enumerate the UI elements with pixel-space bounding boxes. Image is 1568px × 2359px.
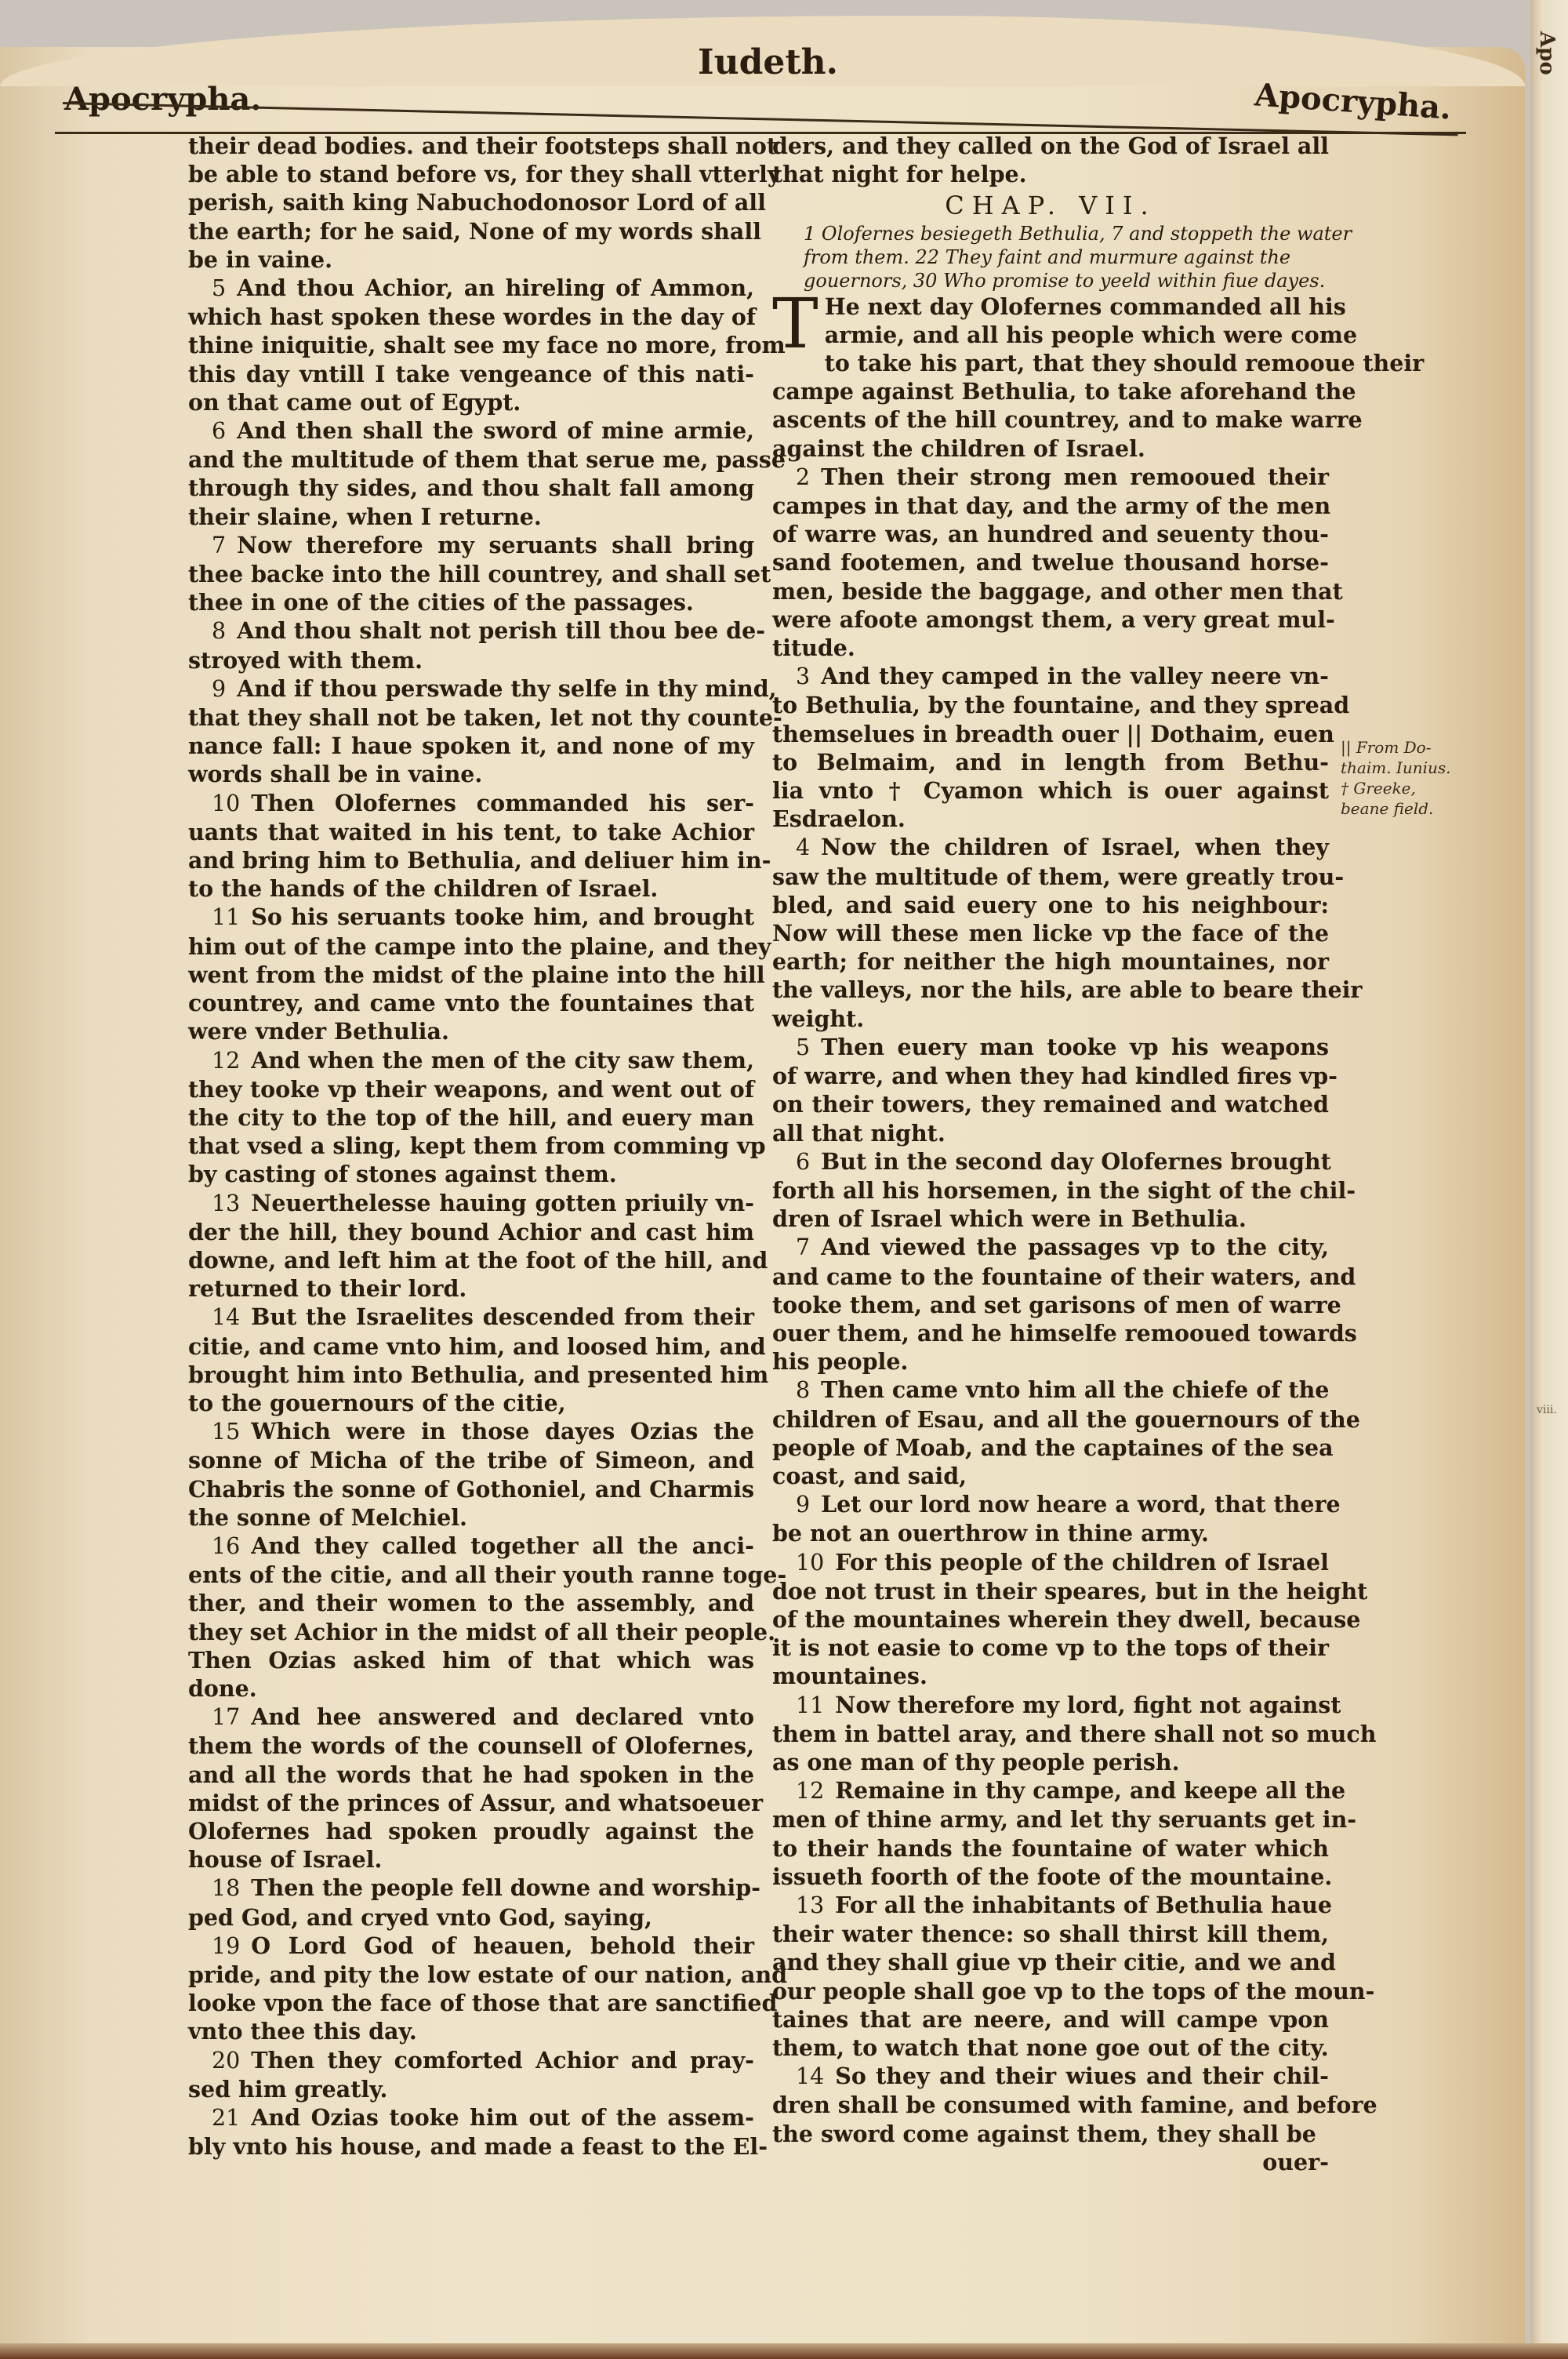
text-line: countrey, and came vnto the fountaines t… [188,989,754,1017]
page-bottom-edge [0,2343,1568,2359]
text-line: and bring him to Bethulia, and deliuer h… [188,846,754,874]
line-text: ped God, and cryed vnto God, saying, [188,1904,652,1931]
text-line: on their towers, they remained and watch… [772,1090,1329,1118]
text-line: 17And hee answered and declared vnto [188,1703,754,1732]
line-text: their slaine, when I returne. [188,503,542,530]
text-line: 13Neuerthelesse hauing gotten priuily vn… [188,1189,754,1218]
line-text: the city to the top of the hill, and eue… [188,1104,754,1131]
text-line: on that came out of Egypt. [188,388,754,416]
verse-number: 21 [188,2105,240,2131]
text-line: midst of the princes of Assur, and whats… [188,1789,754,1817]
line-text: that vsed a sling, kept them from commin… [188,1132,766,1159]
verse-number: 11 [188,904,240,930]
text-line: armie, and all his people which were com… [772,321,1329,349]
text-line: words shall be in vaine. [188,760,754,788]
line-text: lia vnto † Cyamon which is ouer against [772,777,1329,804]
line-text: which hast spoken these wordes in the da… [188,304,756,330]
line-text: He next day Olofernes commanded all his [825,293,1346,320]
text-line: thine iniquitie, shalt see my face no mo… [188,331,754,359]
line-text: And when the men of the city saw them, [251,1047,754,1074]
verse: 18Then the people fell downe and worship… [188,1874,754,1931]
verse: 6But in the second day Olofernes brought… [772,1147,1329,1234]
text-line: the valleys, nor the hils, are able to b… [772,976,1329,1004]
line-text: thee in one of the cities of the passage… [188,589,694,616]
line-text: Then euery man tooke vp his weapons [821,1034,1329,1060]
text-line: ther, and their women to the assembly, a… [188,1589,754,1617]
line-text: For this people of the children of Israe… [835,1549,1329,1576]
text-line: sed him greatly. [188,2075,754,2103]
verse-number: 6 [188,418,226,444]
verse: 17And hee answered and declared vntothem… [188,1703,754,1874]
text-line: themselues in breadth ouer || Dothaim, e… [772,720,1329,748]
margin-notes: || From Do-thaim. Iunius.† Greeke,beane … [1341,737,1443,819]
text-line: which hast spoken these wordes in the da… [188,303,754,331]
text-line: Now will these men licke vp the face of … [772,919,1329,947]
text-line: and came to the fountaine of their water… [772,1263,1329,1291]
verse: 15Which were in those dayes Ozias theson… [188,1417,754,1532]
verse-number: 7 [772,1234,810,1260]
text-line: nance fall: I haue spoken it, and none o… [188,732,754,760]
text-line: of warre was, an hundred and seuenty tho… [772,520,1329,548]
text-line: saw the multitude of them, were greatly … [772,863,1329,891]
line-text: the sonne of Melchiel. [188,1504,467,1531]
chapter-summary: 1 Olofernes besiegeth Bethulia, 7 and st… [772,222,1329,293]
text-line: Esdraelon. [772,805,1329,833]
line-text: to Belmaim, and in length from Bethu- [772,749,1329,776]
verse: 8Then came vnto him all the chiefe of th… [772,1376,1329,1490]
verse-number: 13 [772,1892,824,1918]
line-text: ouer them, and he himselfe remooued towa… [772,1320,1357,1347]
line-text: armie, and all his people which were com… [825,322,1357,348]
line-text: by casting of stones against them. [188,1161,617,1187]
line-text: people of Moab, and the captaines of the… [772,1434,1334,1461]
line-text: And if thou perswade thy selfe in thy mi… [237,675,776,702]
line-text: them the words of the counsell of Olofer… [188,1732,754,1759]
line-text: all that night. [772,1120,946,1147]
text-line: 15Which were in those dayes Ozias the [188,1417,754,1446]
text-line: der the hill, they bound Achior and cast… [188,1218,754,1246]
running-head: Apocrypha. Iudeth. Apocrypha. [0,38,1525,124]
line-text: And thou Achior, an hireling of Ammon, [237,274,754,301]
text-line: Then Ozias asked him of that which was [188,1646,754,1674]
text-line: his people. [772,1347,1329,1376]
verse: 11Now therefore my lord, fight not again… [772,1691,1329,1777]
text-line: 21And Ozias tooke him out of the assem- [188,2103,754,2132]
line-text: words shall be in vaine. [188,761,482,787]
line-text: and all the words that he had spoken in … [188,1761,754,1788]
text-line: 7Now therefore my seruants shall bring [188,531,754,560]
text-line: 5And thou Achior, an hireling of Ammon, [188,274,754,303]
text-line: the city to the top of the hill, and eue… [188,1103,754,1132]
text-line: ders, and they called on the God of Isra… [772,132,1329,160]
text-line: coast, and said, [772,1462,1329,1490]
line-text: For all the inhabitants of Bethulia haue [835,1892,1332,1918]
text-line: be not an ouerthrow in thine army. [772,1519,1329,1547]
line-text: Olofernes had spoken proudly against the [188,1818,754,1845]
text-line: the sword come against them, they shall … [772,2120,1329,2148]
line-text: issueth foorth of the foote of the mount… [772,1863,1332,1890]
line-text: perish, saith king Nabuchodonosor Lord o… [188,189,766,216]
line-text: Now therefore my lord, fight not against [835,1692,1341,1718]
line-text: earth; for neither the high mountaines, … [772,948,1329,975]
line-text: and they shall giue vp their citie, and … [772,1949,1336,1976]
text-line: against the children of Israel. [772,434,1329,463]
text-line: men of thine army, and let thy seruants … [772,1805,1329,1834]
text-line: 9Let our lord now heare a word, that the… [772,1490,1329,1519]
text-line: taines that are neere, and will campe vp… [772,2005,1329,2034]
verse: 12And when the men of the city saw them,… [188,1046,754,1189]
line-text: Then their strong men remooued their [821,463,1329,490]
line-text: coast, and said, [772,1463,967,1489]
line-text: Remaine in thy campe, and keepe all the [835,1777,1345,1804]
line-text: against the children of Israel. [772,435,1145,462]
line-text: And they camped in the valley neere vn- [821,663,1329,689]
line-text: dren of Israel which were in Bethulia. [772,1205,1247,1232]
line-text: to the gouernours of the citie, [188,1390,566,1416]
line-text: And hee answered and declared vnto [251,1703,754,1730]
line-text: Now the children of Israel, when they [821,834,1329,860]
text-line: done. [188,1674,754,1703]
text-line: him out of the campe into the plaine, an… [188,932,754,961]
line-text: of the mountaines wherein they dwell, be… [772,1606,1360,1633]
text-line: and all the words that he had spoken in … [188,1761,754,1789]
text-line: dren shall be consumed with famine, and … [772,2091,1329,2119]
line-text: ther, and their women to the assembly, a… [188,1590,754,1616]
line-text: were vnder Bethulia. [188,1018,449,1045]
line-text: on their towers, they remained and watch… [772,1091,1329,1118]
line-text: were afoote amongst them, a very great m… [772,606,1335,633]
verse-number: 20 [188,2048,240,2074]
verse-number: 19 [188,1933,240,1959]
verse-number: 16 [188,1533,240,1559]
line-text: campe against Bethulia, to take aforehan… [772,378,1356,405]
verse-number: 15 [188,1419,240,1445]
text-line: that they shall not be taken, let not th… [188,703,754,732]
text-line: uants that waited in his tent, to take A… [188,818,754,846]
verse: 5And thou Achior, an hireling of Ammon,w… [188,274,754,416]
line-text: their dead bodies. and their footsteps s… [188,133,777,159]
line-text: went from the midst of the plaine into t… [188,961,765,988]
verse-number: 6 [772,1149,810,1175]
text-line: 14So they and their wiues and their chil… [772,2062,1329,2091]
text-line: the earth; for he said, None of my words… [188,217,754,245]
line-text: Then Ozias asked him of that which was [188,1647,754,1674]
line-text: looke vpon the face of those that are sa… [188,1990,777,2016]
verse-number: 4 [772,834,810,860]
edge-mark: viii. [1537,1404,1557,1416]
verse-number: 5 [772,1034,810,1060]
verse: 21And Ozias tooke him out of the assem-b… [188,2103,754,2161]
text-line: were afoote amongst them, a very great m… [772,605,1329,634]
verse-number: 10 [772,1550,824,1576]
text-line: by casting of stones against them. [188,1160,754,1188]
line-text: But the Israelites descended from their [251,1303,754,1330]
line-text: of warre, and when they had kindled fire… [772,1063,1338,1089]
text-line: forth all his horsemen, in the sight of … [772,1176,1329,1205]
line-text: the sword come against them, they shall … [772,2121,1316,2147]
verse-number: 9 [188,676,226,702]
line-text: saw the multitude of them, were greatly … [772,863,1344,890]
text-line: 3And they camped in the valley neere vn- [772,662,1329,691]
text-line: be in vaine. [188,245,754,274]
line-text: be in vaine. [188,246,332,273]
text-line: ped God, and cryed vnto God, saying, [188,1903,754,1932]
text-line: that vsed a sling, kept them from commin… [188,1132,754,1160]
line-text: Which were in those dayes Ozias the [251,1418,754,1445]
line-text: Then Olofernes commanded his ser- [251,790,754,816]
text-line: they tooke vp their weapons, and went ou… [188,1075,754,1103]
verse-number: 14 [188,1304,240,1330]
line-text: house of Israel. [188,1846,382,1873]
line-text: forth all his horsemen, in the sight of … [772,1177,1356,1204]
margin-note: beane field. [1341,798,1443,819]
margin-note: || From Do- [1341,737,1443,758]
line-text: titude. [772,634,855,661]
line-text: thee backe into the hill countrey, and s… [188,561,771,587]
line-text: our people shall goe vp to the tops of t… [772,1978,1374,2005]
text-line: 11Now therefore my lord, fight not again… [772,1691,1329,1720]
line-text: thine iniquitie, shalt see my face no mo… [188,332,786,358]
summary-line: gouernors, 30 Who promise to yeeld withi… [804,269,1329,293]
text-line: of the mountaines wherein they dwell, be… [772,1605,1329,1634]
line-text: and the multitude of them that serue me,… [188,446,786,473]
line-text: nance fall: I haue spoken it, and none o… [188,732,754,759]
line-text: stroyed with them. [188,647,423,674]
line-text: done. [188,1675,257,1702]
verse: 16And they called together all the anci-… [188,1532,754,1703]
text-line: pride, and pity the low estate of our na… [188,1961,754,1989]
line-text: uants that waited in his tent, to take A… [188,819,754,845]
verse-number: 11 [772,1692,824,1718]
text-line: stroyed with them. [188,646,754,674]
text-line: 10Then Olofernes commanded his ser- [188,789,754,818]
line-text: Then came vnto him all the chiefe of the [821,1376,1329,1403]
text-line: 10For this people of the children of Isr… [772,1548,1329,1577]
next-page-edge: Apo [1530,0,1568,2359]
line-text: citie, and came vnto him, and loosed him… [188,1333,766,1360]
verse-number: 10 [188,791,240,816]
line-text: and bring him to Bethulia, and deliuer h… [188,847,771,874]
line-text: So his seruants tooke him, and brought [251,903,754,930]
catchword: ouer- [772,2148,1329,2176]
text-line: 16And they called together all the anci- [188,1532,754,1561]
text-line: returned to their lord. [188,1274,754,1303]
verse-number: 3 [772,663,810,689]
text-line: ouer them, and he himselfe remooued towa… [772,1319,1329,1347]
line-text: Esdraelon. [772,805,906,832]
line-text: ascents of the hill countrey, and to mak… [772,406,1363,433]
verse: 20Then they comforted Achior and pray-se… [188,2046,754,2103]
verse-number: 8 [188,618,226,644]
line-text: And thou shalt not perish till thou bee … [237,617,765,644]
line-text: him out of the campe into the plaine, an… [188,933,771,960]
text-line: 20Then they comforted Achior and pray- [188,2046,754,2075]
line-text: children of Esau, and all the gouernours… [772,1406,1360,1433]
text-line: downe, and left him at the foot of the h… [188,1246,754,1274]
line-text: themselues in breadth ouer || Dothaim, e… [772,721,1334,747]
line-text: men, beside the baggage, and other men t… [772,578,1343,605]
line-text: them in battel aray, and there shall not… [772,1721,1376,1747]
text-line: our people shall goe vp to the tops of t… [772,1977,1329,2005]
text-line: titude. [772,634,1329,662]
text-line: 4Now the children of Israel, when they [772,833,1329,862]
text-line: and they shall giue vp their citie, and … [772,1948,1329,1976]
verse-number: 7 [188,533,226,558]
text-line: their slaine, when I returne. [188,503,754,531]
line-text: Then they comforted Achior and pray- [251,2047,754,2074]
verse: 19O Lord God of heauen, behold theirprid… [188,1932,754,2046]
text-line: sonne of Micha of the tribe of Simeon, a… [188,1446,754,1474]
line-text: bled, and said euery one to his neighbou… [772,892,1329,918]
line-text: mountaines. [772,1663,927,1689]
line-text: campes in that day, and the army of the … [772,493,1330,519]
text-line: to the gouernours of the citie, [188,1389,754,1417]
text-line: 11So his seruants tooke him, and brought [188,903,754,932]
line-text: them, to watch that none goe out of the … [772,2034,1329,2061]
line-text: the valleys, nor the hils, are able to b… [772,976,1362,1003]
verse-number: 5 [188,275,226,301]
line-text: it is not easie to come vp to the tops o… [772,1634,1329,1661]
margin-note: † Greeke, [1341,778,1443,798]
line-text: be able to stand before vs, for they sha… [188,161,780,187]
line-text: Then the people fell downe and worship- [251,1874,760,1901]
text-line: were vnder Bethulia. [188,1017,754,1045]
line-text: tooke them, and set garisons of men of w… [772,1292,1341,1318]
verse-number: 12 [772,1778,824,1804]
text-line: be able to stand before vs, for they sha… [188,160,754,188]
text-line: campes in that day, and the army of the … [772,492,1329,520]
line-text: O Lord God of heauen, behold their [251,1932,754,1959]
line-text: brought him into Bethulia, and presented… [188,1361,768,1388]
text-line: 19O Lord God of heauen, behold their [188,1932,754,1961]
text-line: sand footemen, and twelue thousand horse… [772,548,1329,576]
text-line: brought him into Bethulia, and presented… [188,1361,754,1389]
line-text: And Ozias tooke him out of the assem- [251,2104,754,2131]
text-line: citie, and came vnto him, and loosed him… [188,1332,754,1361]
line-text: countrey, and came vnto the fountaines t… [188,990,754,1016]
line-text: dren shall be consumed with famine, and … [772,2092,1377,2118]
text-line: perish, saith king Nabuchodonosor Lord o… [188,188,754,216]
text-line: their water thence: so shall thirst kill… [772,1920,1329,1948]
text-line: earth; for neither the high mountaines, … [772,947,1329,976]
verse: 2Then their strong men remooued theircam… [772,463,1329,662]
line-text: downe, and left him at the foot of the h… [188,1247,768,1274]
text-line: them in battel aray, and there shall not… [772,1720,1329,1748]
verse-number: 18 [188,1875,240,1901]
line-text: to their hands the fountaine of water wh… [772,1835,1329,1862]
text-line: to Belmaim, and in length from Bethu- [772,748,1329,776]
text-line: campe against Bethulia, to take aforehan… [772,377,1329,405]
text-line: their dead bodies. and their footsteps s… [188,132,754,160]
line-text: So they and their wiues and their chil- [835,2063,1329,2089]
line-text: to Bethulia, by the fountaine, and they … [772,692,1349,718]
line-text: vnto thee this day. [188,2018,417,2045]
text-line: thee backe into the hill countrey, and s… [188,560,754,588]
running-head-right: Apocrypha. [1254,76,1453,126]
text-line: the sonne of Melchiel. [188,1503,754,1532]
line-text: Neuerthelesse hauing gotten priuily vn- [251,1190,754,1216]
text-line: 8And thou shalt not perish till thou bee… [188,616,754,645]
line-text: and came to the fountaine of their water… [772,1263,1356,1290]
line-text: pride, and pity the low estate of our na… [188,1961,787,1988]
text-line: of warre, and when they had kindled fire… [772,1062,1329,1090]
text-line: 6And then shall the sword of mine armie, [188,416,754,445]
text-line: 8Then came vnto him all the chiefe of th… [772,1376,1329,1405]
line-text: be not an ouerthrow in thine army. [772,1520,1209,1547]
verse: 13Neuerthelesse hauing gotten priuily vn… [188,1189,754,1303]
text-line: weight. [772,1005,1329,1033]
line-text: sand footemen, and twelue thousand horse… [772,549,1329,576]
verse: 10Then Olofernes commanded his ser-uants… [188,789,754,903]
line-text: ders, and they called on the God of Isra… [772,133,1329,159]
verse: 11So his seruants tooke him, and brought… [188,903,754,1045]
text-line: doe not trust in their speares, but in t… [772,1577,1329,1605]
text-line: tooke them, and set garisons of men of w… [772,1291,1329,1319]
text-line: this day vntill I take vengeance of this… [188,360,754,388]
verse: 7Now therefore my seruants shall bringth… [188,531,754,617]
text-line: 2Then their strong men remooued their [772,463,1329,492]
text-line: lia vnto † Cyamon which is ouer against [772,776,1329,805]
summary-line: 1 Olofernes besiegeth Bethulia, 7 and st… [804,222,1329,245]
line-text: But in the second day Olofernes brought [821,1148,1331,1175]
running-head-title: Iudeth. [698,42,838,82]
text-line: through thy sides, and thou shalt fall a… [188,474,754,502]
text-line: as one man of thy people perish. [772,1748,1329,1776]
chapter-heading: CHAP. VII. [772,191,1329,220]
text-line: ascents of the hill countrey, and to mak… [772,405,1329,434]
line-text: as one man of thy people perish. [772,1749,1180,1776]
text-line: house of Israel. [188,1845,754,1874]
line-text: weight. [772,1005,864,1032]
text-line: dren of Israel which were in Bethulia. [772,1205,1329,1233]
text-line: that night for helpe. [772,160,1329,188]
line-text: ents of the citie, and all their youth r… [188,1561,786,1588]
verse: 14So they and their wiues and their chil… [772,2062,1329,2148]
text-line: mountaines. [772,1662,1329,1690]
left-column: their dead bodies. and their footsteps s… [188,132,754,2161]
line-text: sonne of Micha of the tribe of Simeon, a… [188,1447,754,1474]
right-column: ders, and they called on the God of Isra… [772,132,1329,2176]
text-line: went from the midst of the plaine into t… [188,961,754,989]
text-line: 18Then the people fell downe and worship… [188,1874,754,1903]
line-text: midst of the princes of Assur, and whats… [188,1790,763,1816]
line-text: And they called together all the anci- [251,1532,754,1559]
line-text: And then shall the sword of mine armie, [237,417,754,444]
verse-1: THe next day Olofernes commanded all his… [772,293,1329,463]
text-line: 13For all the inhabitants of Bethulia ha… [772,1891,1329,1920]
text-line: He next day Olofernes commanded all his [772,293,1329,321]
verse: 7And viewed the passages vp to the city,… [772,1233,1329,1376]
verse: 14But the Israelites descended from thei… [188,1303,754,1417]
line-text: the earth; for he said, None of my words… [188,218,761,245]
verse: 3And they camped in the valley neere vn-… [772,662,1329,833]
line-text: And viewed the passages vp to the city, [821,1234,1329,1260]
chapter-continuation: ders, and they called on the God of Isra… [772,132,1329,188]
verse-number: 17 [188,1704,240,1730]
verse: 12Remaine in thy campe, and keepe all th… [772,1776,1329,1891]
text-line: Olofernes had spoken proudly against the [188,1817,754,1845]
text-line: men, beside the baggage, and other men t… [772,577,1329,605]
verse: 5Then euery man tooke vp his weaponsof w… [772,1033,1329,1147]
verse-number: 9 [772,1492,810,1518]
text-line: to Bethulia, by the fountaine, and they … [772,691,1329,719]
text-line: 6But in the second day Olofernes brought [772,1147,1329,1176]
line-text: sed him greatly. [188,2076,387,2103]
line-text: their water thence: so shall thirst kill… [772,1921,1329,1947]
text-line: 12Remaine in thy campe, and keepe all th… [772,1776,1329,1805]
line-text: bly vnto his house, and made a feast to … [188,2133,768,2160]
text-line: children of Esau, and all the gouernours… [772,1405,1329,1434]
